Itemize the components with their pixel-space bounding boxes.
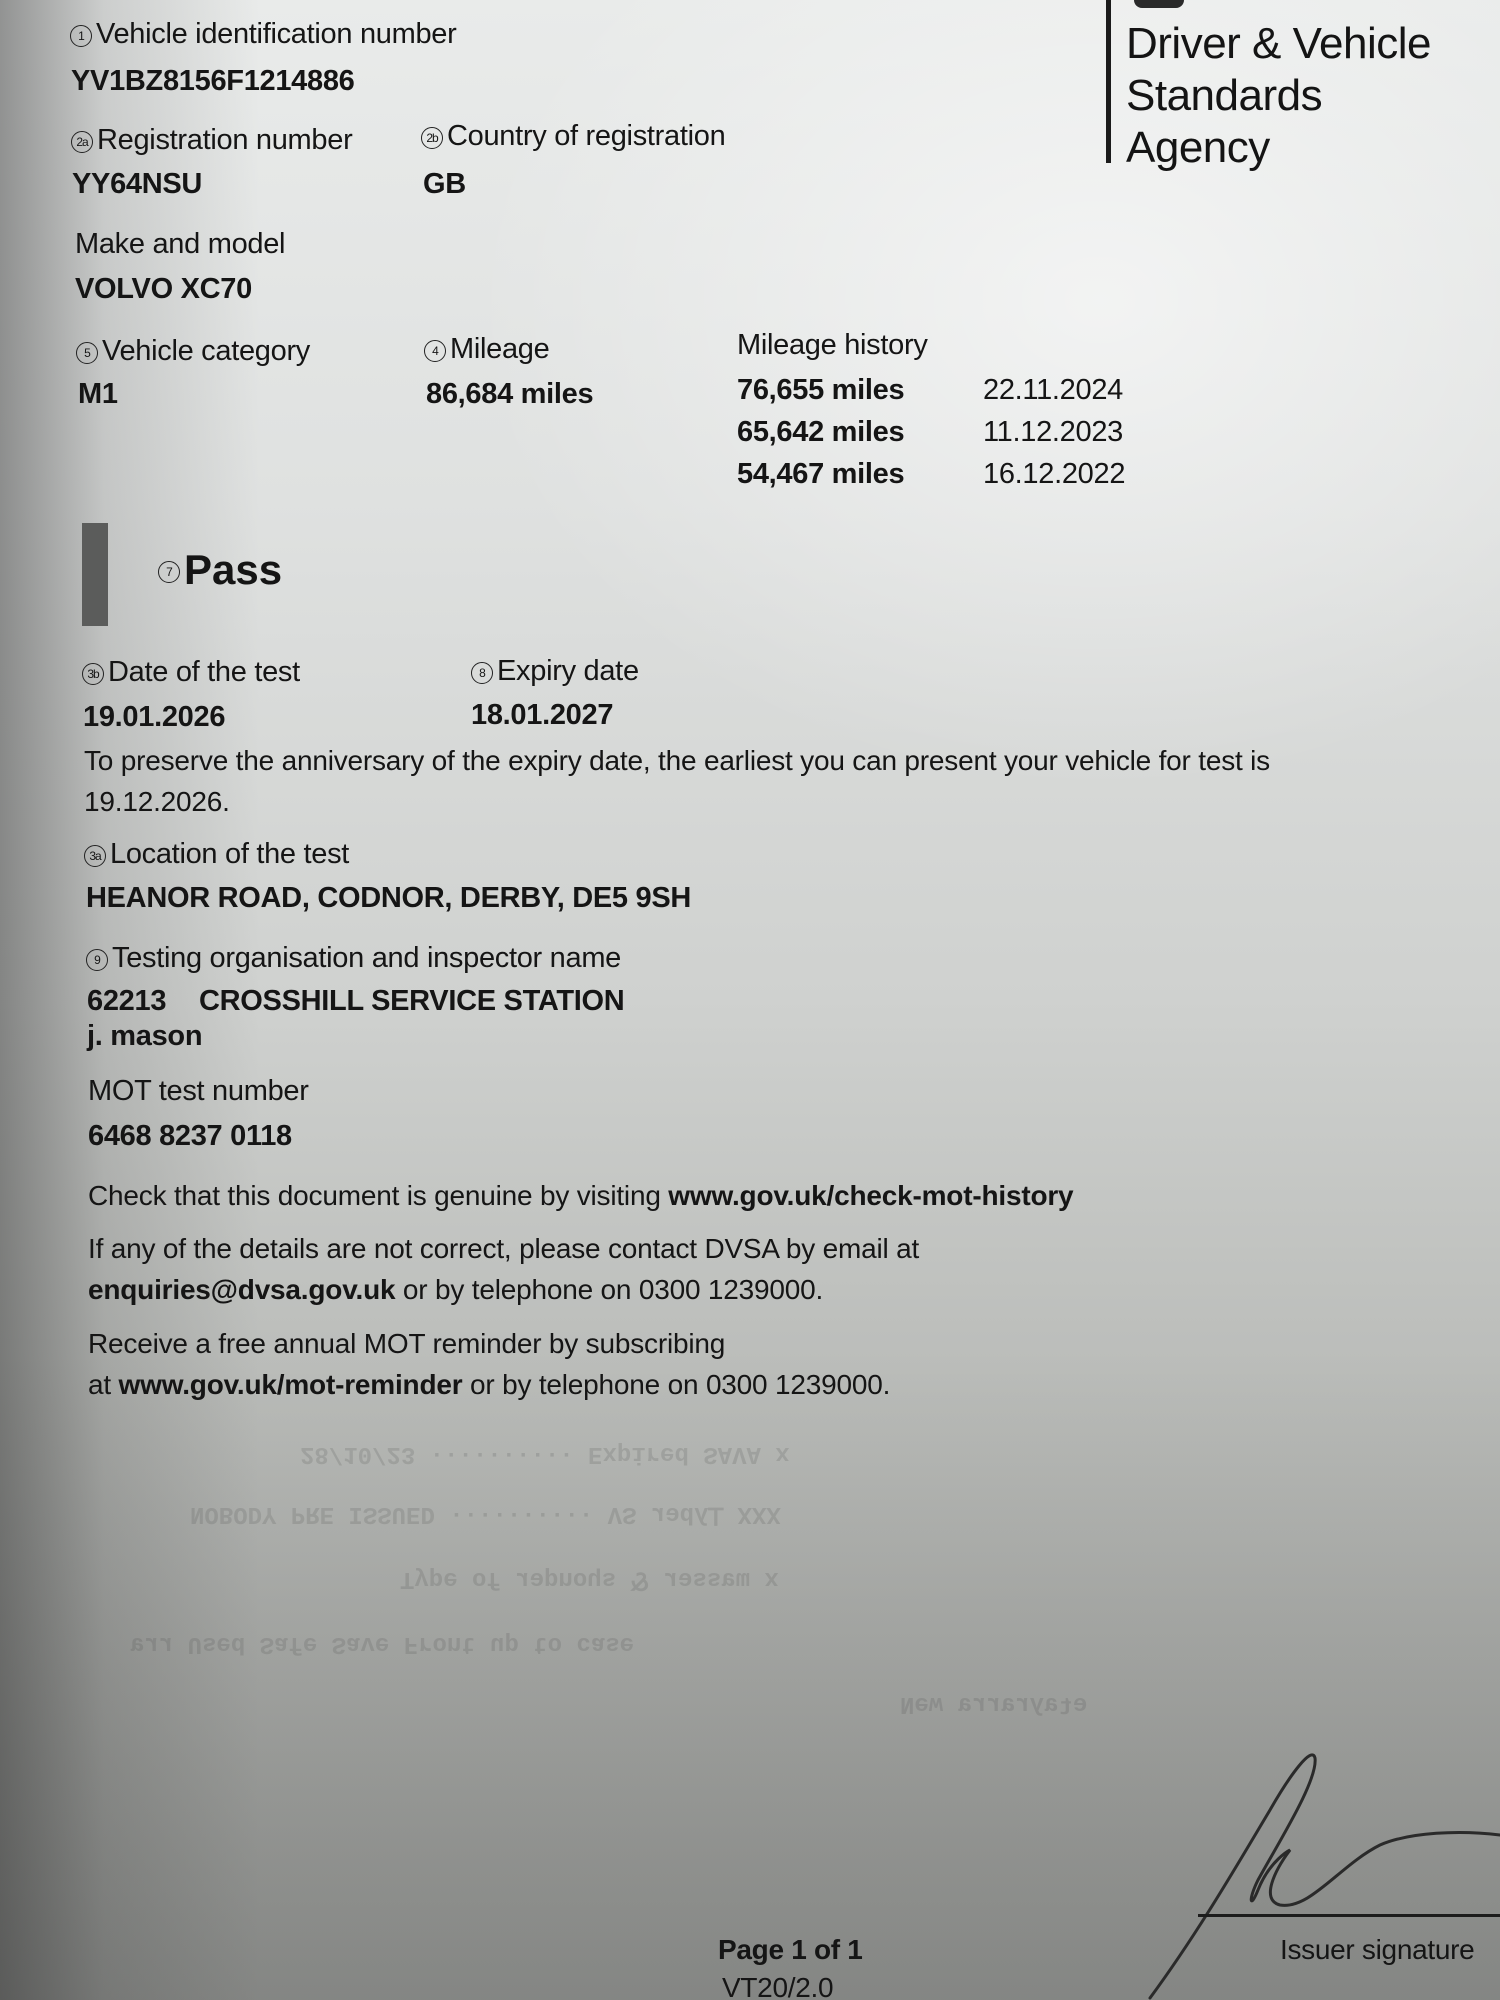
logo-divider bbox=[1106, 0, 1111, 163]
reminder-notice: Receive a free annual MOT reminder by su… bbox=[88, 1323, 890, 1405]
field-number-icon: 7 bbox=[158, 561, 180, 583]
field-number-icon: 1 bbox=[70, 25, 92, 47]
inspector-name: j. mason bbox=[87, 1020, 202, 1053]
dvsa-email-link[interactable]: enquiries@dvsa.gov.uk bbox=[88, 1274, 395, 1305]
make-model-value: VOLVO XC70 bbox=[75, 273, 252, 306]
registration-label: 2aRegistration number bbox=[71, 124, 352, 157]
registration-value: YY64NSU bbox=[72, 168, 202, 201]
country-value: GB bbox=[423, 168, 466, 201]
mileage-history-miles: 54,467 miles bbox=[737, 458, 904, 491]
agency-name-line: Agency bbox=[1126, 122, 1431, 174]
bleed-through-text: ɐɹɹ Used Safe Save Front up to case bbox=[130, 1630, 634, 1657]
mileage-history-miles: 76,655 miles bbox=[737, 374, 904, 407]
mileage-history-miles: 65,642 miles bbox=[737, 416, 904, 449]
organisation-name: CROSSHILL SERVICE STATION bbox=[199, 985, 624, 1018]
location-value: HEANOR ROAD, CODNOR, DERBY, DE5 9SH bbox=[86, 882, 691, 915]
issuer-signature-label: Issuer signature bbox=[1280, 1934, 1474, 1966]
signature-line bbox=[1198, 1914, 1500, 1917]
mot-number-label: MOT test number bbox=[88, 1075, 309, 1108]
vehicle-category-label: 5Vehicle category bbox=[76, 335, 310, 368]
mileage-history-label: Mileage history bbox=[737, 329, 928, 362]
agency-name-line: Driver & Vehicle bbox=[1126, 18, 1431, 70]
field-number-icon: 9 bbox=[86, 949, 108, 971]
page-indicator: Page 1 of 1 bbox=[718, 1934, 863, 1966]
field-number-icon: 4 bbox=[424, 340, 446, 362]
agency-logo: Driver & Vehicle Standards Agency bbox=[1126, 18, 1431, 174]
mileage-label: 4Mileage bbox=[424, 333, 549, 366]
contact-notice: If any of the details are not correct, p… bbox=[88, 1228, 919, 1310]
expiry-date-value: 18.01.2027 bbox=[471, 699, 613, 732]
mileage-history-date: 11.12.2023 bbox=[983, 416, 1123, 449]
result-marker-bar bbox=[82, 523, 108, 626]
genuine-check-notice: Check that this document is genuine by v… bbox=[88, 1175, 1073, 1216]
check-mot-history-link[interactable]: www.gov.uk/check-mot-history bbox=[668, 1180, 1073, 1211]
result-status: 7Pass bbox=[158, 546, 282, 594]
bleed-through-text: Type of ɹǝpnoɥs ⅋ ɹǝssɐɯ x bbox=[400, 1565, 779, 1595]
organisation-id: 62213 bbox=[87, 985, 166, 1018]
form-code: VT20/2.0 bbox=[722, 1972, 833, 2000]
royal-crest-icon bbox=[1134, 0, 1184, 8]
mileage-history-date: 22.11.2024 bbox=[983, 374, 1123, 407]
vin-label: 1Vehicle identification number bbox=[70, 18, 456, 51]
vehicle-category-value: M1 bbox=[78, 378, 118, 411]
test-date-value: 19.01.2026 bbox=[83, 701, 225, 734]
bleed-through-text: NOBODY PRE ISSUED ·········· VS ɹǝdʎꓕ XX… bbox=[190, 1500, 781, 1530]
field-number-icon: 2b bbox=[421, 127, 443, 149]
mot-reminder-link[interactable]: www.gov.uk/mot-reminder bbox=[119, 1369, 463, 1400]
bleed-through-text: 28/10/23 ·········· Expired SAVA x bbox=[300, 1440, 790, 1467]
field-number-icon: 2a bbox=[71, 131, 93, 153]
field-number-icon: 8 bbox=[471, 662, 493, 684]
expiry-date-label: 8Expiry date bbox=[471, 655, 639, 688]
mot-number-value: 6468 8237 0118 bbox=[88, 1120, 292, 1153]
test-date-label: 3bDate of the test bbox=[82, 656, 300, 689]
organisation-label: 9Testing organisation and inspector name bbox=[86, 942, 621, 975]
field-number-icon: 5 bbox=[76, 342, 98, 364]
field-number-icon: 3a bbox=[84, 845, 106, 867]
location-label: 3aLocation of the test bbox=[84, 838, 349, 871]
make-model-label: Make and model bbox=[75, 228, 285, 261]
agency-name-line: Standards bbox=[1126, 70, 1431, 122]
country-label: 2bCountry of registration bbox=[421, 120, 725, 153]
mileage-value: 86,684 miles bbox=[426, 378, 593, 411]
bleed-through-text: New ɐɹɹɐɹʎɐʇǝ bbox=[900, 1690, 1087, 1717]
anniversary-notice: To preserve the anniversary of the expir… bbox=[84, 740, 1270, 822]
mileage-history-date: 16.12.2022 bbox=[983, 458, 1125, 491]
vin-value: YV1BZ8156F1214886 bbox=[71, 65, 355, 98]
field-number-icon: 3b bbox=[82, 663, 104, 685]
